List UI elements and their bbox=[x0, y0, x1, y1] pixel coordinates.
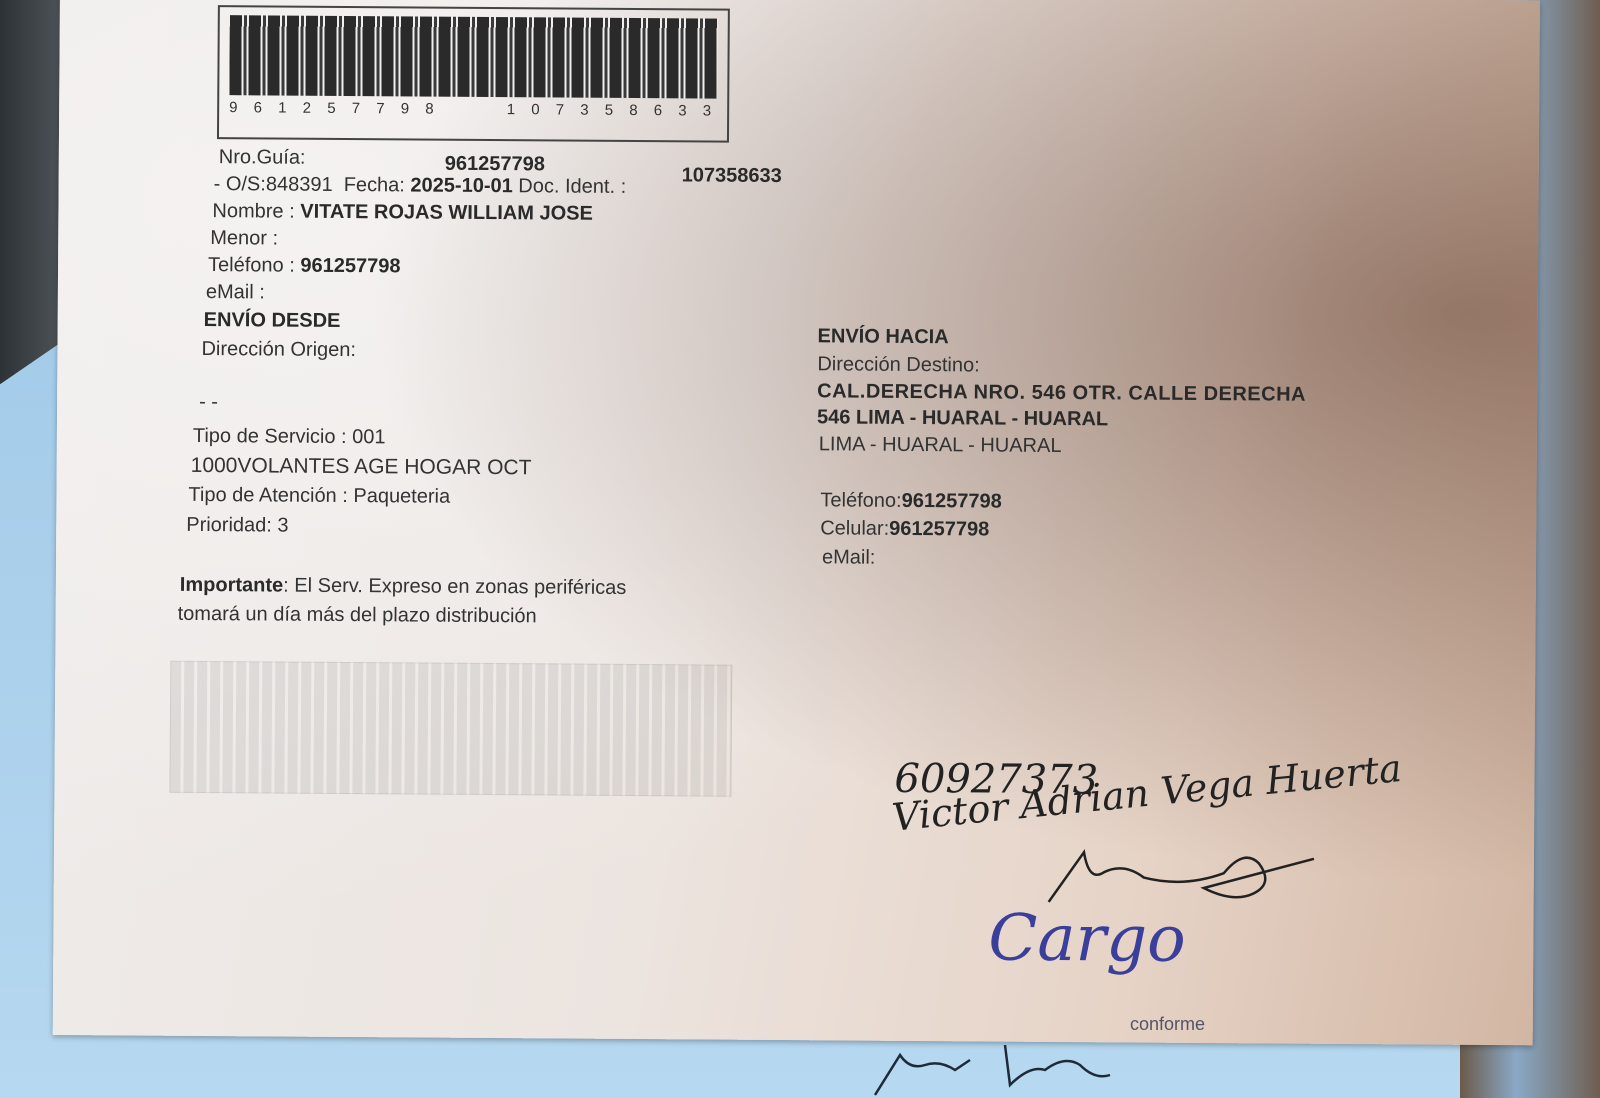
destino-celular-line: Celular:961257798 bbox=[820, 517, 989, 541]
email-label: eMail : bbox=[206, 281, 265, 304]
barcode-digits-right: 1 0 7 3 5 8 6 3 3 bbox=[507, 101, 718, 119]
envio-desde-title: ENVÍO DESDE bbox=[204, 309, 341, 333]
footer-partial-text: conforme bbox=[1130, 1014, 1205, 1035]
menor-label: Menor : bbox=[210, 227, 278, 250]
nro-guia-label: Nro.Guía: bbox=[219, 146, 306, 170]
destino-email-label: eMail: bbox=[822, 546, 876, 569]
nro-guia-value: 961257798 bbox=[445, 153, 545, 177]
envio-hacia-title: ENVÍO HACIA bbox=[818, 325, 949, 349]
destino-telefono-line: Teléfono:961257798 bbox=[820, 489, 1001, 513]
bleed-through-barcode bbox=[169, 661, 732, 797]
os-fecha-line: - O/S:848391 Fecha: 2025-10-01 Doc. Iden… bbox=[214, 173, 627, 199]
barcode-digits: 9 6 1 2 5 7 7 9 8 1 0 7 3 5 8 6 3 3 bbox=[229, 99, 717, 119]
direccion-destino-line2: 546 LIMA - HUARAL - HUARAL bbox=[817, 406, 1108, 431]
tracking-number: 107358633 bbox=[682, 164, 782, 188]
telefono-line: Teléfono : 961257798 bbox=[208, 254, 401, 278]
doc-ident-label: Doc. Ident. : bbox=[518, 175, 626, 198]
destino-celular-value: 961257798 bbox=[889, 518, 989, 541]
waybill-paper: 9 6 1 2 5 7 7 9 8 1 0 7 3 5 8 6 3 3 Nro.… bbox=[53, 0, 1540, 1045]
importante-label: Importante bbox=[180, 574, 283, 597]
direccion-origen-value: - - bbox=[199, 391, 218, 414]
tipo-servicio: Tipo de Servicio : 001 bbox=[193, 425, 386, 449]
telefono-label: Teléfono : bbox=[208, 254, 295, 277]
destino-telefono-value: 961257798 bbox=[902, 490, 1002, 513]
barcode-digits-left: 9 6 1 2 5 7 7 9 8 bbox=[229, 99, 440, 117]
telefono-value: 961257798 bbox=[300, 255, 400, 278]
destino-ubicacion: LIMA - HUARAL - HUARAL bbox=[819, 433, 1062, 458]
nombre-label: Nombre : bbox=[212, 200, 294, 223]
destino-celular-label: Celular: bbox=[820, 517, 889, 539]
importante-text-2: tomará un día más del plazo distribución bbox=[178, 603, 537, 629]
fecha-label: Fecha: bbox=[344, 174, 405, 196]
bottom-signature-icon bbox=[870, 1035, 1130, 1098]
os-value: 848391 bbox=[266, 173, 333, 195]
fecha-value: 2025-10-01 bbox=[410, 174, 512, 197]
nombre-value: VITATE ROJAS WILLIAM JOSE bbox=[300, 201, 593, 225]
barcode: 9 6 1 2 5 7 7 9 8 1 0 7 3 5 8 6 3 3 bbox=[217, 5, 730, 143]
handwritten-cargo: Cargo bbox=[988, 902, 1186, 977]
tipo-atencion: Tipo de Atención : Paqueteria bbox=[188, 484, 450, 509]
direccion-destino-label: Dirección Destino: bbox=[817, 353, 979, 377]
direccion-destino-line1: CAL.DERECHA NRO. 546 OTR. CALLE DERECHA bbox=[817, 380, 1306, 406]
prioridad: Prioridad: 3 bbox=[186, 514, 288, 538]
direccion-origen-label: Dirección Origen: bbox=[201, 338, 356, 362]
destino-telefono-label: Teléfono: bbox=[820, 489, 901, 512]
servicio-descripcion: 1000VOLANTES AGE HOGAR OCT bbox=[191, 454, 532, 480]
barcode-bars bbox=[229, 15, 718, 98]
importante-text-1: : El Serv. Expreso en zonas periféricas bbox=[283, 575, 626, 599]
os-label: - O/S: bbox=[214, 173, 266, 195]
importante-line1: Importante: El Serv. Expreso en zonas pe… bbox=[180, 574, 627, 600]
nombre-line: Nombre : VITATE ROJAS WILLIAM JOSE bbox=[212, 200, 593, 226]
